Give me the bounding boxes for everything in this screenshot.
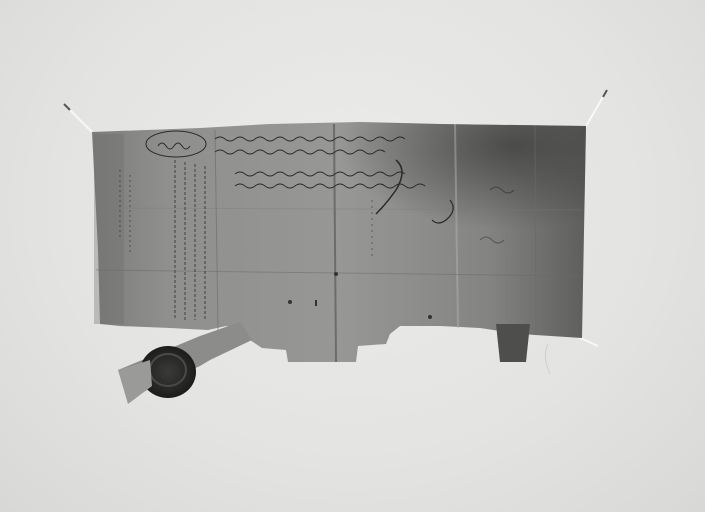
wax-seal-on-strip [118,322,252,404]
scratch-mark [545,344,550,374]
pin-top-left [64,104,92,132]
pin-top-right [585,90,607,128]
parchment-document [92,122,586,362]
archival-photograph [0,0,705,512]
